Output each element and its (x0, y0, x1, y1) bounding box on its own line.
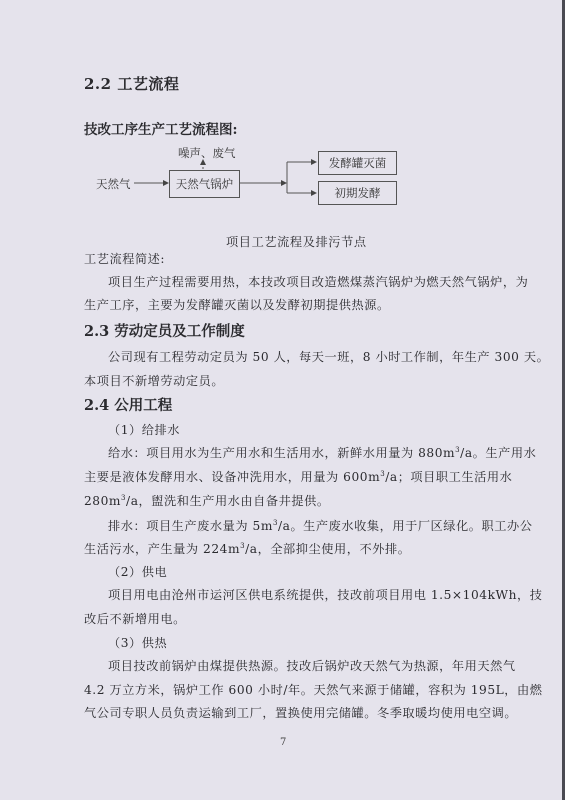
paragraph-line: 4.2 万立方米，锅炉工作 600 小时/年。天然气来源于储罐，容积为 195L… (84, 681, 504, 698)
text: /a。生产用水 (460, 446, 536, 460)
text: 排水：项目生产废水量为 5m (108, 519, 273, 533)
paragraph-line: 主要是液体发酵用水、设备冲洗用水，用量为 600m3/a；项目职工生活用水 (84, 468, 504, 485)
text: 生活污水，产生量为 224m (84, 542, 240, 556)
paragraph-line: 改后不新增用电。 (84, 610, 504, 627)
subheading-water: （1）给排水 (84, 421, 528, 438)
paragraph-line: 排水：项目生产废水量为 5m3/a。生产废水收集，用于厂区绿化。职工办公 (84, 517, 528, 534)
emission-label: 噪声、废气 (178, 145, 236, 161)
sterilization-box: 发酵罐灭菌 (318, 151, 397, 175)
section-heading-2-3: 2.3 劳动定员及工作制度 (84, 320, 245, 341)
subheading-power: （2）供电 (84, 563, 528, 580)
subheading-heat: （3）供热 (84, 634, 528, 651)
paragraph-line: 本项目不新增劳动定员。 (84, 372, 504, 389)
diagram-caption: 项目工艺流程及排污节点 (226, 233, 367, 250)
text: /a。生产废水收集，用于厂区绿化。职工办公 (278, 519, 532, 533)
section-heading-2-4: 2.4 公用工程 (84, 394, 172, 415)
text: /a，全部抑尘使用，不外排。 (245, 542, 410, 556)
brief-label: 工艺流程简述: (84, 250, 504, 267)
initial-fermentation-box: 初期发酵 (318, 181, 397, 205)
boiler-box: 天然气锅炉 (169, 170, 240, 198)
paragraph-line: 气公司专职人员负责运输到工厂，置换使用完储罐。冬季取暖均使用电空调。 (84, 704, 504, 721)
text: /a，盥洗和生产用水由自备井提供。 (126, 494, 330, 508)
text: 给水：项目用水为生产用水和生活用水，新鲜水用量为 880m (108, 446, 455, 460)
paragraph-line: 项目技改前锅炉由煤提供热源。技改后锅炉改天然气为热源，年用天然气 (84, 657, 528, 674)
paragraph-line: 公司现有工程劳动定员为 50 人，每天一班，8 小时工作制，年生产 300 天。 (84, 348, 528, 365)
text: 主要是液体发酵用水、设备冲洗用水，用量为 600m (84, 470, 380, 484)
paragraph-line: 项目用电由沧州市运河区供电系统提供，技改前项目用电 1.5×104kWh，技 (84, 586, 528, 603)
paragraph-line: 280m3/a，盥洗和生产用水由自备井提供。 (84, 492, 504, 509)
page-number: 7 (280, 737, 286, 748)
input-natural-gas-label: 天然气 (96, 176, 131, 192)
paragraph-line: 给水：项目用水为生产用水和生活用水，新鲜水用量为 880m3/a。生产用水 (84, 444, 528, 461)
text: /a；项目职工生活用水 (385, 470, 512, 484)
paragraph-line: 生活污水，产生量为 224m3/a，全部抑尘使用，不外排。 (84, 540, 504, 557)
paragraph-line: 项目生产过程需要用热，本技改项目改造燃煤蒸汽锅炉为燃天然气锅炉，为 (84, 273, 528, 290)
text: 280m (84, 494, 121, 508)
paragraph-line: 生产工序，主要为发酵罐灭菌以及发酵初期提供热源。 (84, 296, 504, 313)
